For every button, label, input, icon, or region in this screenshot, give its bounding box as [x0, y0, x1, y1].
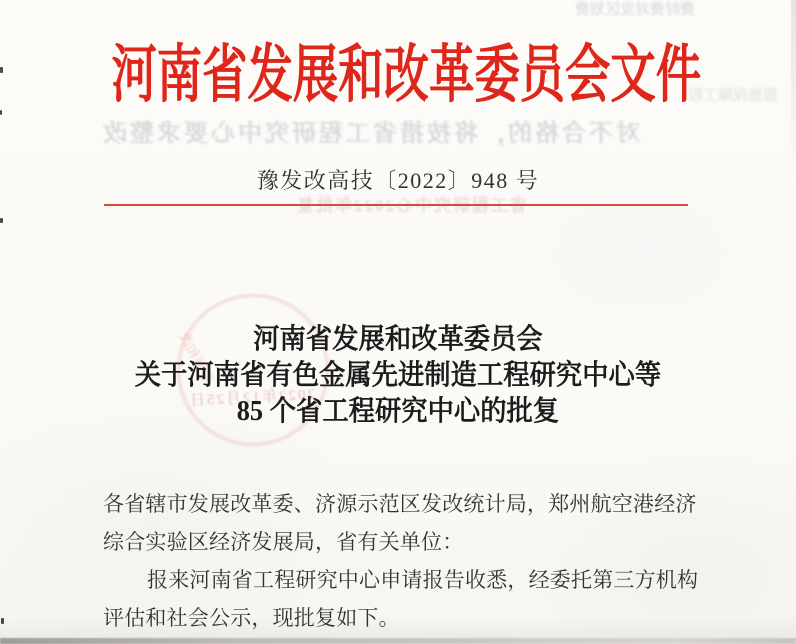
document-title-line-2: 关于河南省有色金属先进制造工程研究中心等	[24, 358, 772, 394]
scan-bottom-edge	[0, 638, 796, 644]
scan-bottom-shadow	[0, 616, 796, 638]
document-title: 河南省发展和改革委员会 关于河南省有色金属先进制造工程研究中心等 85 个省工程…	[24, 322, 772, 430]
document-title-line-1: 河南省发展和改革委员会	[24, 322, 772, 358]
red-divider-line	[104, 204, 688, 206]
bleedthrough-text-line: 对不合格的，将按措省工程研究中心要求整改	[100, 113, 640, 148]
scan-speck	[0, 110, 2, 115]
scan-right-edge	[791, 0, 796, 180]
scan-speck	[1, 618, 4, 624]
scan-speck	[0, 218, 3, 223]
body-line-recipients-1: 各省辖市发展改革委、济源示范区发改统计局，郑州航空港经济	[103, 488, 697, 518]
bleedthrough-text-top: 费时费对发区划费	[575, 0, 695, 19]
scan-speck	[0, 67, 3, 73]
body-line-recipients-2: 综合实验区经济发展局，省有关单位：	[103, 526, 463, 556]
bleedthrough-text-right: 措施保障工程	[688, 84, 778, 105]
scanned-document-page: 费时费对发区划费 措施保障工程 对不合格的，将按措省工程研究中心要求整改 省工程…	[0, 0, 796, 644]
agency-letterhead-title: 河南省发展和改革委员会文件	[111, 40, 684, 110]
document-title-line-3: 85 个省工程研究中心的批复	[24, 394, 772, 430]
body-line-paragraph-1: 报来河南省工程研究中心申请报告收悉，经委托第三方机构	[103, 564, 698, 594]
